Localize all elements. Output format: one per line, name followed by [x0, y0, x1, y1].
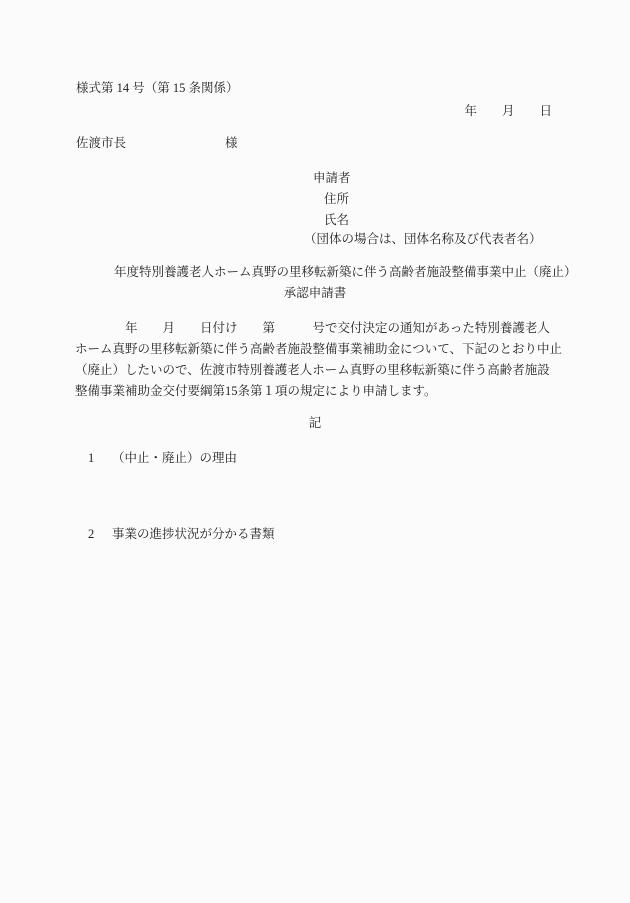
item-2-text: 事業の進捗状況が分かる書類: [112, 527, 275, 541]
date-line: 年 月 日: [464, 104, 552, 118]
addressee-name: 佐渡市長: [76, 136, 126, 150]
item-1-number: 1: [88, 451, 94, 465]
item-1-text: （中止・廃止）の理由: [112, 451, 237, 465]
form-number: 様式第 14 号（第 15 条関係）: [76, 81, 239, 95]
document-title-line2: 承認申請書: [0, 286, 630, 300]
ki-marker: 記: [0, 416, 630, 430]
applicant-name-label: 氏名: [324, 213, 349, 227]
body-paragraph-line4: 整備事業補助金交付要綱第15条第１項の規定により申請します。: [75, 384, 437, 398]
applicant-address-label: 住所: [324, 192, 349, 206]
body-paragraph-line2: ホーム真野の里移転新築に伴う高齢者施設整備事業補助金について、下記のとおり中止: [75, 342, 562, 356]
applicant-group-note: （団体の場合は、団体名称及び代表者名）: [304, 232, 542, 246]
applicant-label: 申請者: [313, 171, 351, 185]
document-title-line1: 年度特別養護老人ホーム真野の里移転新築に伴う高齢者施設整備事業中止（廃止）: [114, 265, 577, 279]
body-paragraph-line3: （廃止）したいので、佐渡市特別養護老人ホーム真野の里移転新築に伴う高齢者施設: [75, 363, 550, 377]
application-form-document: 様式第 14 号（第 15 条関係） 年 月 日 佐渡市長 様 申請者 住所 氏…: [0, 0, 630, 903]
body-paragraph-line1: 年 月 日付け 第 号で交付決定の通知があった特別養護老人: [75, 321, 550, 335]
item-2-number: 2: [88, 527, 94, 541]
addressee-honorific: 様: [225, 136, 238, 150]
